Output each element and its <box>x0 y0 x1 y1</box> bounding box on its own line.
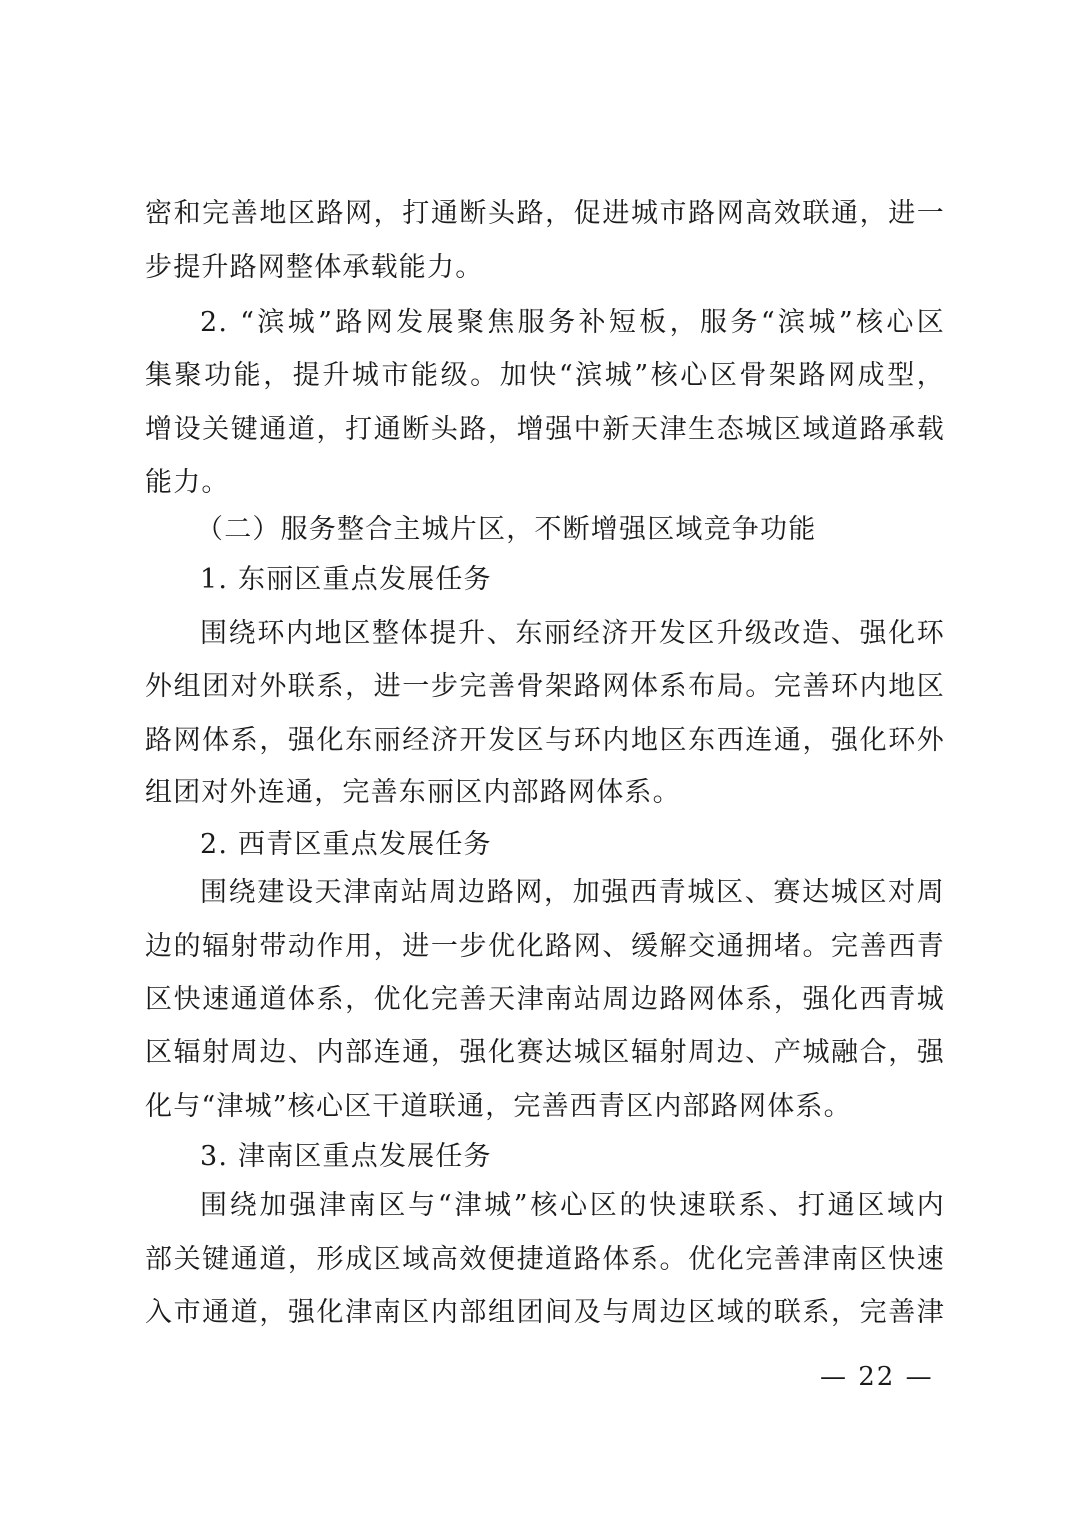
text-line: 密和完善地区路网，打通断头路，促进城市路网高效联通，进一 <box>145 198 945 230</box>
section-heading: （二）服务整合主城片区，不断增强区域竞争功能 <box>196 514 941 546</box>
text-line: 能力。 <box>145 467 945 499</box>
subheading: 3. 津南区重点发展任务 <box>200 1141 945 1173</box>
text-line: 集聚功能，提升城市能级。加快“滨城”核心区骨架路网成型， <box>145 360 945 392</box>
document-page: 密和完善地区路网，打通断头路，促进城市路网高效联通，进一 步提升路网整体承载能力… <box>0 0 1074 1520</box>
text-line: 外组团对外联系，进一步完善骨架路网体系布局。完善环内地区 <box>145 671 945 703</box>
text-line: 增设关键通道，打通断头路，增强中新天津生态城区域道路承载 <box>145 414 945 446</box>
text-line: 边的辐射带动作用，进一步优化路网、缓解交通拥堵。完善西青 <box>145 931 945 963</box>
subheading: 1. 东丽区重点发展任务 <box>200 564 945 596</box>
text-line: 围绕建设天津南站周边路网，加强西青城区、赛达城区对周 <box>200 877 945 909</box>
subheading: 2. 西青区重点发展任务 <box>200 829 945 861</box>
text-line: 部关键通道，形成区域高效便捷道路体系。优化完善津南区快速 <box>145 1244 945 1276</box>
text-line: 区快速通道体系，优化完善天津南站周边路网体系，强化西青城 <box>145 984 945 1016</box>
text-line: 围绕加强津南区与“津城”核心区的快速联系、打通区域内 <box>200 1190 945 1222</box>
text-line: 步提升路网整体承载能力。 <box>145 252 945 284</box>
text-line: 区辐射周边、内部连通，强化赛达城区辐射周边、产城融合，强 <box>145 1037 945 1069</box>
text-line: 组团对外连通，完善东丽区内部路网体系。 <box>145 777 945 809</box>
text-line: 2. “滨城”路网发展聚焦服务补短板，服务“滨城”核心区 <box>200 307 945 339</box>
text-line: 入市通道，强化津南区内部组团间及与周边区域的联系，完善津 <box>145 1297 945 1329</box>
page-number: — 22 — <box>820 1362 934 1392</box>
text-line: 路网体系，强化东丽经济开发区与环内地区东西连通，强化环外 <box>145 725 945 757</box>
text-line: 化与“津城”核心区干道联通，完善西青区内部路网体系。 <box>145 1091 945 1123</box>
text-line: 围绕环内地区整体提升、东丽经济开发区升级改造、强化环 <box>200 618 945 650</box>
